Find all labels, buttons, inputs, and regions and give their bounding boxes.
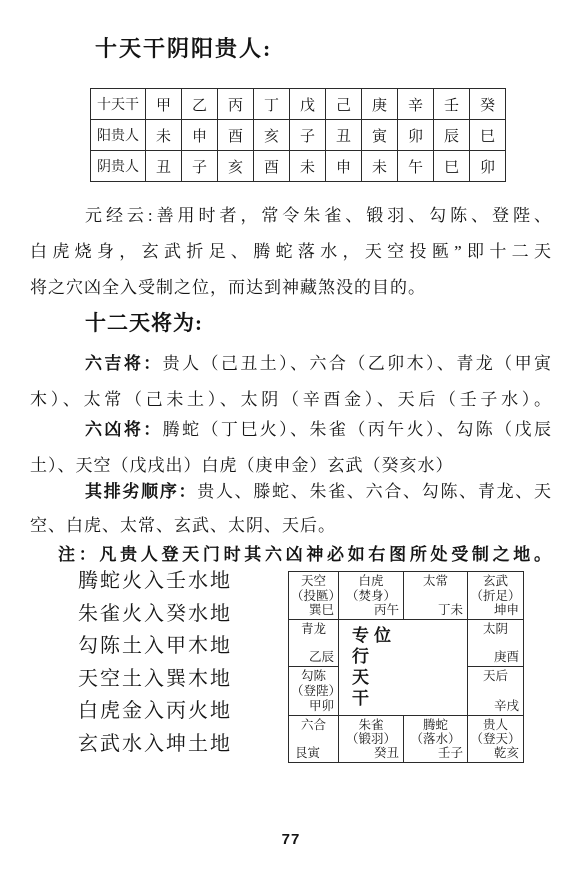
branch-cell: 未: [362, 151, 398, 182]
general-sub: （落水）: [406, 732, 465, 746]
general-branch: 庚酉: [470, 650, 521, 664]
general-name: 勾陈: [291, 669, 336, 683]
lead-label: 六吉将：: [85, 354, 163, 373]
general-name: 太常: [406, 574, 465, 588]
palace-cell-qinglong: 青龙 乙辰: [289, 620, 339, 667]
palace-cell-taichang: 太常 丁未: [404, 572, 468, 620]
palace-cell-tianhou: 天后 辛戌: [468, 667, 524, 716]
general-name: 贵人: [470, 718, 521, 732]
palace-cell-tiankong: 天空 （投匦） 巽巳: [289, 572, 339, 620]
center-vertical-text: 专行天干位: [347, 626, 391, 715]
stem-cell: 壬: [434, 89, 470, 120]
text-span: 腾蛇（丁巳火）、朱雀（丙午火）、勾陈（戊辰: [163, 420, 552, 439]
general-sub: [291, 636, 336, 650]
general-name: 太阴: [470, 622, 521, 636]
general-sub: （登天）: [470, 732, 521, 746]
text-line: 白虎烧身，玄武折足、腾蛇落水，天空投匦”即十二天: [30, 234, 552, 270]
list-item: 天空土入巽木地: [78, 663, 232, 696]
general-name: 天后: [470, 669, 521, 683]
branch-cell: 亥: [218, 151, 254, 182]
row-header-stems: 十天干: [91, 89, 146, 120]
palace-grid-diagram: 天空 （投匦） 巽巳 白虎 （焚身） 丙午 太常 丁未: [288, 571, 524, 763]
table-row-yang-nobles: 阳贵人 未 申 酉 亥 子 丑 寅 卯 辰 巳: [91, 120, 506, 151]
branch-cell: 亥: [254, 120, 290, 151]
text-line: 空、白虎、太常、玄武、太阴、天后。: [30, 509, 552, 543]
stem-cell: 丁: [254, 89, 290, 120]
general-sub: （锻羽）: [341, 732, 401, 746]
palace-row: 天空 （投匦） 巽巳 白虎 （焚身） 丙午 太常 丁未: [289, 572, 524, 620]
branch-cell: 辰: [434, 120, 470, 151]
general-sub: （折足）: [470, 589, 521, 603]
list-item: 腾蛇火入壬水地: [78, 565, 232, 598]
text-span: 贵人、滕蛇、朱雀、六合、勾陈、青龙、天: [197, 482, 552, 501]
palace-cell-guiren: 贵人 （登天） 乾亥: [468, 716, 524, 763]
general-branch: 乙辰: [291, 650, 336, 664]
row-header-yin: 阴贵人: [91, 151, 146, 182]
general-name: 六合: [291, 718, 336, 732]
branch-cell: 卯: [398, 120, 434, 151]
branch-cell: 丑: [326, 120, 362, 151]
branch-cell: 申: [326, 151, 362, 182]
general-name: 腾蛇: [406, 718, 465, 732]
general-sub: [291, 732, 336, 746]
branch-cell: 丑: [146, 151, 182, 182]
general-branch: 坤申: [470, 603, 521, 617]
list-item: 白虎金入丙火地: [78, 695, 232, 728]
lead-label: 其排劣顺序：: [85, 482, 197, 501]
text-line: 六吉将：贵人（己丑土）、六合（乙卯木）、青龙（甲寅: [30, 346, 552, 382]
branch-cell: 巳: [434, 151, 470, 182]
text-span: 贵人（己丑土）、六合（乙卯木）、青龙（甲寅: [163, 354, 552, 373]
page-title: 十天干阴阳贵人:: [95, 34, 272, 64]
stem-cell: 甲: [146, 89, 182, 120]
element-entry-list: 腾蛇火入壬水地 朱雀火入癸水地 勾陈土入甲木地 天空土入巽木地 白虎金入丙火地 …: [78, 565, 232, 760]
text-line: 其排劣顺序：贵人、滕蛇、朱雀、六合、勾陈、青龙、天: [30, 475, 552, 509]
general-name: 朱雀: [341, 718, 401, 732]
list-item: 玄武水入坤土地: [78, 728, 232, 761]
general-branch: 丁未: [406, 603, 465, 617]
general-branch: 乾亥: [470, 746, 521, 760]
paragraph-order: 其排劣顺序：贵人、滕蛇、朱雀、六合、勾陈、青龙、天 空、白虎、太常、玄武、太阴、…: [30, 475, 552, 543]
general-branch: 巽巳: [291, 603, 336, 617]
row-header-yang: 阳贵人: [91, 120, 146, 151]
paragraph-evil-generals: 六凶将：腾蛇（丁巳火）、朱雀（丙午火）、勾陈（戊辰 土）、天空（戊戌出）白虎（庚…: [30, 412, 552, 484]
general-branch: 艮寅: [291, 746, 336, 760]
stem-cell: 庚: [362, 89, 398, 120]
branch-cell: 寅: [362, 120, 398, 151]
branch-cell: 子: [182, 151, 218, 182]
general-sub: [406, 589, 465, 603]
general-branch: 丙午: [341, 603, 401, 617]
general-branch: 壬子: [406, 746, 465, 760]
palace-cell-baihu: 白虎 （焚身） 丙午: [339, 572, 404, 620]
general-sub: [470, 684, 521, 698]
palace-row: 青龙 乙辰 专行天干位 太阴 庚酉: [289, 620, 524, 667]
paragraph-yuanjing: 元经云:善用时者，常令朱雀、锻羽、勾陈、登陛、 白虎烧身，玄武折足、腾蛇落水，天…: [30, 198, 552, 306]
palace-cell-zhuque: 朱雀 （锻羽） 癸丑: [339, 716, 404, 763]
text-line: 六凶将：腾蛇（丁巳火）、朱雀（丙午火）、勾陈（戊辰: [30, 412, 552, 448]
list-item: 勾陈土入甲木地: [78, 630, 232, 663]
lead-label: 六凶将：: [85, 420, 163, 439]
palace-cell-gouchen: 勾陈 （登陛） 甲卯: [289, 667, 339, 716]
stem-cell: 戊: [290, 89, 326, 120]
palace-cell-xuanwu: 玄武 （折足） 坤申: [468, 572, 524, 620]
branch-cell: 未: [146, 120, 182, 151]
paragraph-lucky-generals: 六吉将：贵人（己丑土）、六合（乙卯木）、青龙（甲寅 木）、太常（己未土）、太阴（…: [30, 346, 552, 418]
branch-cell: 卯: [470, 151, 506, 182]
branch-cell: 申: [182, 120, 218, 151]
palace-center-cell: 专行天干位: [339, 620, 468, 716]
palace-cell-taiyin: 太阴 庚酉: [468, 620, 524, 667]
table-row-stems: 十天干 甲 乙 丙 丁 戊 己 庚 辛 壬 癸: [91, 89, 506, 120]
text-line: 元经云:善用时者，常令朱雀、锻羽、勾陈、登陛、: [30, 198, 552, 234]
stem-cell: 乙: [182, 89, 218, 120]
palace-cell-liuhe: 六合 艮寅: [289, 716, 339, 763]
general-name: 天空: [291, 574, 336, 588]
heading-twelve-generals: 十二天将为:: [30, 306, 552, 340]
page-number: 77: [0, 831, 582, 848]
general-name: 玄武: [470, 574, 521, 588]
branch-cell: 子: [290, 120, 326, 151]
general-branch: 辛戌: [470, 699, 521, 713]
general-sub: （焚身）: [341, 589, 401, 603]
general-name: 白虎: [341, 574, 401, 588]
stem-cell: 癸: [470, 89, 506, 120]
general-branch: 甲卯: [291, 699, 336, 713]
palace-cell-tengshe: 腾蛇 （落水） 壬子: [404, 716, 468, 763]
general-sub: [470, 636, 521, 650]
heavenly-stems-table: 十天干 甲 乙 丙 丁 戊 己 庚 辛 壬 癸 阳贵人 未 申 酉 亥 子 丑 …: [90, 88, 506, 182]
branch-cell: 酉: [254, 151, 290, 182]
stem-cell: 丙: [218, 89, 254, 120]
table-row-yin-nobles: 阴贵人 丑 子 亥 酉 未 申 未 午 巳 卯: [91, 151, 506, 182]
stem-cell: 辛: [398, 89, 434, 120]
palace-row: 六合 艮寅 朱雀 （锻羽） 癸丑 腾蛇 （落水） 壬子: [289, 716, 524, 763]
general-name: 青龙: [291, 622, 336, 636]
branch-cell: 午: [398, 151, 434, 182]
branch-cell: 酉: [218, 120, 254, 151]
general-sub: （投匦）: [291, 589, 336, 603]
general-sub: （登陛）: [291, 684, 336, 698]
general-branch: 癸丑: [341, 746, 401, 760]
stem-cell: 己: [326, 89, 362, 120]
branch-cell: 未: [290, 151, 326, 182]
text-line: 将之穴凶全入受制之位，而达到神藏煞没的目的。: [30, 270, 552, 306]
branch-cell: 巳: [470, 120, 506, 151]
book-page: 十天干阴阳贵人: 十天干 甲 乙 丙 丁 戊 己 庚 辛 壬 癸 阳贵人 未 申…: [0, 0, 582, 869]
list-item: 朱雀火入癸水地: [78, 598, 232, 631]
